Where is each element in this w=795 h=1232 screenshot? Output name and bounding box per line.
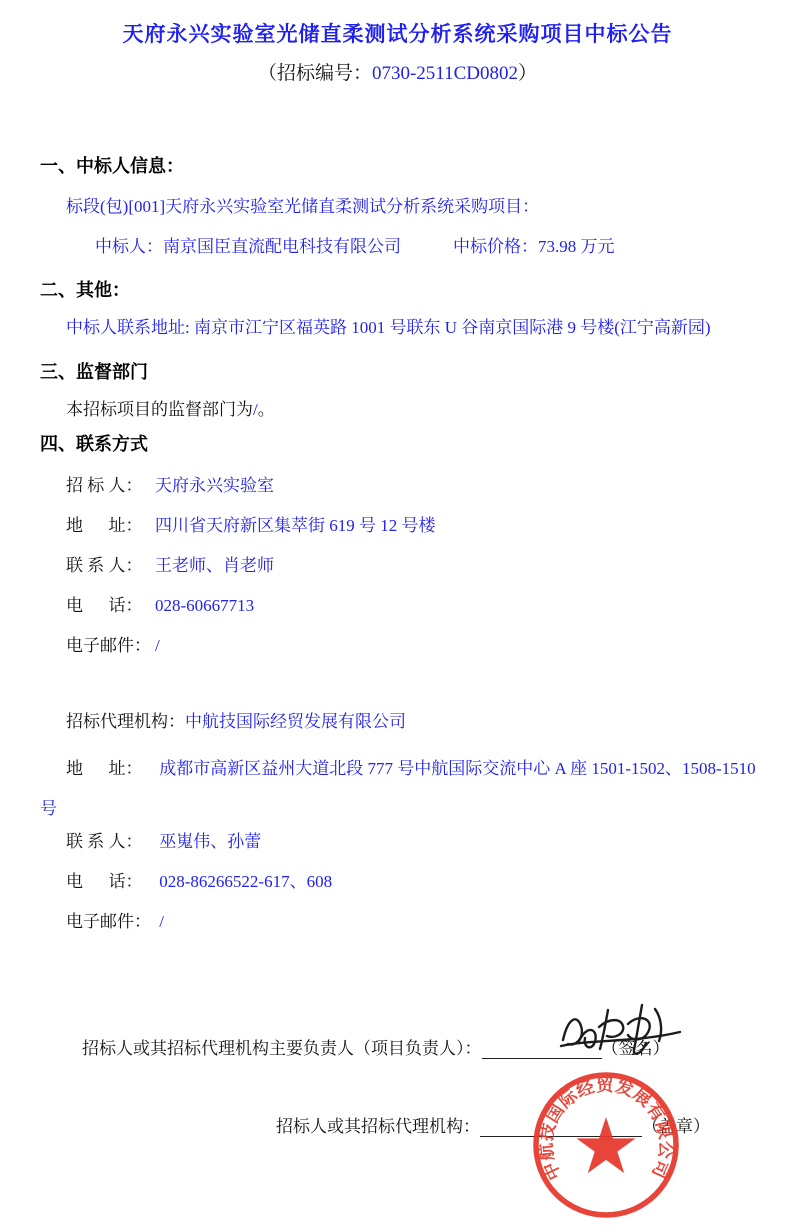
- tenderer-name-row: 招 标 人：天府永兴实验室: [66, 475, 274, 497]
- winner-contact-address: 中标人联系地址: 南京市江宁区福英路 1001 号联东 U 谷南京国际港 9 号…: [66, 317, 711, 339]
- tender-number: 0730-2511CD0802: [372, 63, 518, 84]
- package-line: 标段(包)[001]天府永兴实验室光储直柔测试分析系统采购项目：: [66, 196, 539, 218]
- tender-number-line: （招标编号：0730-2511CD0802）: [0, 58, 795, 85]
- agency-address-row: 地 址： 成都市高新区益州大道北段 777 号中航国际交流中心 A 座 1501…: [40, 749, 757, 829]
- agency-name-row: 招标代理机构：中航技国际经贸发展有限公司: [66, 711, 406, 733]
- winner-line: 中标人：南京国臣直流配电科技有限公司 中标价格：73.98 万元: [95, 236, 615, 258]
- signature-image: [558, 1000, 688, 1056]
- tenderer-phone-row: 电 话：028-60667713: [66, 595, 254, 617]
- page-title: 天府永兴实验室光储直柔测试分析系统采购项目中标公告: [0, 18, 795, 48]
- winner-price: 中标价格：73.98 万元: [453, 236, 615, 258]
- agency-contact-row: 联 系 人： 巫嵬伟、孙蕾: [66, 831, 261, 853]
- section1-heading: 一、中标人信息：: [40, 152, 184, 178]
- agency-phone-row: 电 话： 028-86266522-617、608: [66, 871, 332, 893]
- tenderer-address-row: 地 址：四川省天府新区集萃街 619 号 12 号楼: [66, 515, 436, 537]
- seal-star-icon: [577, 1117, 636, 1173]
- tender-number-suffix: ）: [518, 63, 537, 84]
- supervision-line: 本招标项目的监督部门为/。: [66, 399, 275, 421]
- tenderer-email-row: 电子邮件：/: [66, 635, 160, 657]
- company-seal: 中航技国际经贸发展有限公司: [527, 1066, 685, 1224]
- tender-number-prefix: （招标编号：: [258, 63, 372, 84]
- section3-heading: 三、监督部门: [40, 358, 148, 384]
- agency-email-row: 电子邮件： /: [66, 911, 164, 933]
- section2-heading: 二、其他：: [40, 276, 130, 302]
- tenderer-contact-row: 联 系 人：王老师、肖老师: [66, 555, 274, 577]
- signature-label: 招标人或其招标代理机构主要负责人（项目负责人）：: [82, 1034, 482, 1059]
- stamp-label: 招标人或其招标代理机构：: [276, 1112, 480, 1137]
- document-page: 天府永兴实验室光储直柔测试分析系统采购项目中标公告 （招标编号：0730-251…: [0, 0, 795, 1232]
- section4-heading: 四、联系方式: [40, 430, 148, 456]
- winner-name: 中标人：南京国臣直流配电科技有限公司: [95, 236, 401, 258]
